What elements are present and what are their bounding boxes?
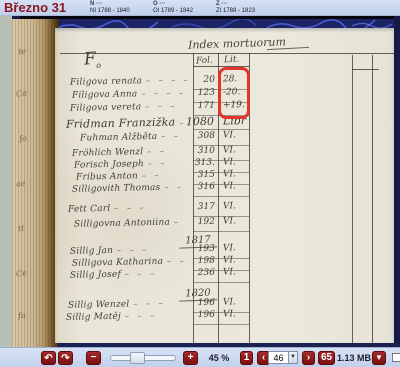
- current-page-input[interactable]: [268, 351, 289, 364]
- register-link-births[interactable]: N ··· NI 1788 - 1840: [90, 1, 152, 15]
- row-separator-line: [193, 184, 249, 185]
- rotate-right-button[interactable]: ↷: [58, 351, 73, 365]
- register-range-o: OI 1789 - 1842: [153, 8, 215, 15]
- manuscript-row: Fett Carl– – –317VI.: [58, 201, 258, 217]
- zoom-out-button[interactable]: −: [86, 351, 101, 365]
- book-page-edges: ℓe Ca fo ae tt Ce fa: [12, 19, 59, 347]
- document-title: Březno 31: [4, 0, 66, 15]
- page-dropdown-button[interactable]: ▼: [288, 351, 298, 364]
- row-separator-line: [193, 172, 249, 173]
- register-letter-o: O ···: [153, 1, 215, 8]
- manuscript-row: Silligovna Antoniina–192VI.: [58, 216, 258, 232]
- register-viewer-window: Březno 31 N ··· NI 1788 - 1840 O ··· OI …: [0, 0, 400, 367]
- register-letter-z: Z ···: [216, 1, 278, 8]
- register-range-z: ZI 1788 - 1823: [216, 8, 278, 15]
- register-link-marriages[interactable]: O ··· OI 1789 - 1842: [153, 1, 215, 15]
- image-viewport: ℓe Ca fo ae tt Ce fa Index mortuorum Fo: [0, 16, 400, 347]
- option-checkbox[interactable]: [392, 353, 400, 362]
- row-separator-line: [193, 145, 249, 146]
- row-separator-line: [193, 282, 249, 283]
- row-separator-line: [193, 160, 249, 161]
- download-button[interactable]: ▼: [372, 351, 386, 365]
- document-image[interactable]: ℓe Ca fo ae tt Ce fa Index mortuorum Fo: [12, 16, 400, 347]
- register-letter-n: N ···: [90, 1, 152, 8]
- row-separator-line: [193, 324, 249, 325]
- margin-line-left: [352, 55, 353, 345]
- row-separator-line: [193, 231, 249, 232]
- row-separator-line: [193, 129, 249, 130]
- right-cell-line: [352, 69, 379, 70]
- zoom-in-button[interactable]: +: [183, 351, 198, 365]
- manuscript-row: Fuhman Alžběta– –308VI.: [58, 130, 258, 146]
- row-separator-line: [193, 216, 249, 217]
- next-page-button[interactable]: ›: [302, 351, 315, 365]
- file-size-label: 1.13 MB: [337, 353, 371, 363]
- margin-line-right: [372, 55, 373, 345]
- zoom-slider-handle[interactable]: [130, 352, 145, 364]
- row-separator-line: [193, 196, 249, 197]
- zoom-level-label: 45 %: [203, 353, 235, 363]
- first-page-button[interactable]: 1: [240, 351, 253, 365]
- photo-right-edge: [394, 16, 400, 347]
- rotate-left-button[interactable]: ↶: [41, 351, 56, 365]
- register-range-n: NI 1788 - 1840: [90, 8, 152, 15]
- row-separator-line: [193, 312, 249, 313]
- row-separator-line: [193, 258, 249, 259]
- register-link-deaths[interactable]: Z ··· ZI 1788 - 1823: [216, 1, 278, 15]
- top-toolbar: Březno 31 N ··· NI 1788 - 1840 O ··· OI …: [0, 0, 400, 16]
- manuscript-rows: Filigova renata– – – –2028.Filigova Anna…: [58, 16, 268, 331]
- annotation-highlight-box: [218, 67, 250, 119]
- viewer-toolbar: ↶ ↷ − + 45 % 1 ‹ ▼ › 65 1.13 MB ▼: [0, 347, 400, 367]
- row-separator-line: [193, 270, 249, 271]
- last-page-button[interactable]: 65: [318, 351, 335, 365]
